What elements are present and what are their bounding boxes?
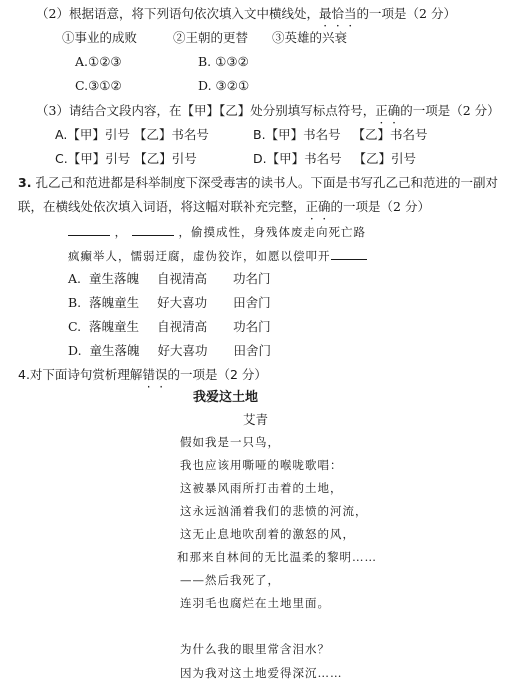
q3-stem-text: 联，在横线处依次填入词语，将这幅对联补充完整，	[18, 199, 306, 214]
emphasis-char: 正	[306, 199, 319, 215]
option-jia: 【甲】书名号	[266, 127, 341, 142]
option-label: C.	[75, 78, 88, 93]
couplet-line-1-text: ，偷摸成性，身残体废走向死亡路	[178, 225, 366, 239]
emphasis-char: 错	[142, 367, 155, 383]
emphasis-char: 恰	[331, 6, 344, 22]
emphasis-char: 最	[319, 6, 332, 22]
q4-stem-score: 的一项是（2 分）	[167, 367, 266, 382]
q3-stem-line1: 3. 孔乙己和范进都是科举制度下深受毒害的读书人。下面是书写孔乙己和范进的一副对	[18, 175, 498, 191]
q3sub-option-a[interactable]: A.【甲】引号 【乙】书名号	[55, 127, 209, 143]
option-yi: 【乙】引号	[134, 151, 197, 166]
option-word-3: 功名门	[233, 271, 271, 286]
poem-line: 我也应该用嘶哑的喉咙歌唱：	[180, 457, 343, 473]
couplet-line-1: ， ，偷摸成性，身残体废走向死亡路	[68, 223, 366, 240]
emphasis-char: 正	[375, 103, 388, 119]
poem-line: 假如我是一只鸟，	[180, 434, 280, 450]
poem-line: 这永远汹涌着我们的悲愤的河流，	[180, 503, 368, 519]
q2-option-c[interactable]: C.③①②	[75, 78, 122, 94]
emphasis-char: 当	[344, 6, 357, 22]
separator: ，	[115, 225, 128, 239]
emphasis-char: 误	[155, 367, 168, 383]
q2-option-a[interactable]: A.①②③	[75, 54, 122, 70]
poem-line: 和那来自林间的无比温柔的黎明……	[177, 549, 377, 565]
q2-stem-score: 的一项是（2 分）	[357, 6, 456, 21]
option-label: D.	[68, 343, 82, 358]
option-word-2: 自视清高	[157, 319, 207, 334]
blank-1[interactable]	[68, 223, 110, 236]
option-word-1: 童生落魄	[89, 271, 139, 286]
q2-item-1: ①事业的成败	[62, 30, 137, 46]
option-label: C.	[55, 151, 68, 166]
q3-stem-line2: 联，在横线处依次填入词语，将这幅对联补充完整，正确的一项是（2 分）	[18, 199, 430, 215]
poem-line: 这无止息地吹刮着的激怒的风，	[180, 526, 355, 542]
q3-option-b[interactable]: B. 落魄童生好大喜功田舍门	[68, 295, 271, 311]
option-jia: 【甲】书名号	[267, 151, 342, 166]
q3-option-c[interactable]: C. 落魄童生自视清高功名门	[68, 319, 271, 335]
option-label: B.	[253, 127, 266, 142]
q3sub-option-b[interactable]: B.【甲】书名号 【乙】书名号	[253, 127, 428, 143]
option-yi: 【乙】书名号	[353, 127, 428, 142]
q3sub-option-d[interactable]: D.【甲】书名号 【乙】引号	[253, 151, 416, 167]
option-yi: 【乙】书名号	[134, 127, 209, 142]
option-word-3: 田舍门	[234, 343, 272, 358]
option-word-1: 童生落魄	[90, 343, 140, 358]
q2-stem-text: （2）根据语意，将下列语句依次填入文中横线处，	[36, 6, 319, 21]
option-label: B.	[68, 295, 81, 310]
q3-stem-score: 的一项是（2 分）	[331, 199, 430, 214]
q3sub-option-c[interactable]: C.【甲】引号 【乙】引号	[55, 151, 197, 167]
q4-stem: 4.对下面诗句赏析理解错误的一项是（2 分）	[18, 367, 267, 383]
couplet-line-2: 疯癫举人，懦弱迂腐，虚伪狡诈，如愿以偿叩开	[68, 247, 367, 264]
q2-option-d[interactable]: D. ③②①	[198, 78, 249, 94]
poem-line: 这被暴风雨所打击着的土地，	[180, 480, 343, 496]
option-jia: 【甲】引号	[67, 127, 130, 142]
couplet-line-2-text: 疯癫举人，懦弱迂腐，虚伪狡诈，如愿以偿叩开	[68, 249, 331, 263]
option-word-1: 落魄童生	[89, 319, 139, 334]
option-label: D.	[198, 78, 212, 93]
option-label: A.	[75, 54, 88, 69]
option-word-2: 自视清高	[157, 271, 207, 286]
q2-option-b[interactable]: B. ①③②	[198, 54, 249, 70]
option-word-3: 田舍门	[233, 295, 271, 310]
blank-2[interactable]	[132, 223, 174, 236]
question-number: 3.	[18, 175, 31, 190]
poem-line: 连羽毛也腐烂在土地里面。	[180, 595, 330, 611]
option-label: C.	[68, 319, 81, 334]
q2-stem: （2）根据语意，将下列语句依次填入文中横线处，最恰当的一项是（2 分）	[36, 6, 456, 22]
option-label: B.	[198, 54, 211, 69]
option-label: D.	[253, 151, 267, 166]
q2-item-2: ②王朝的更替	[173, 30, 248, 46]
option-jia: 【甲】引号	[68, 151, 131, 166]
q3-stem-text: 孔乙己和范进都是科举制度下深受毒害的读书人。下面是书写孔乙己和范进的一副对	[35, 175, 498, 190]
option-text: ①②③	[88, 54, 122, 69]
q3-option-d[interactable]: D. 童生落魄好大喜功田舍门	[68, 343, 271, 359]
poem-line: 为什么我的眼里常含泪水？	[180, 641, 330, 657]
option-label: A.	[55, 127, 67, 142]
poem-line: 因为我对这土地爱得深沉……	[180, 665, 343, 681]
option-yi: 【乙】引号	[354, 151, 417, 166]
q3sub-stem-text: （3）请结合文段内容，在【甲】【乙】处分别填写标点符号，	[36, 103, 375, 118]
poem-title: 我爱这土地	[193, 390, 258, 406]
poem-line: ——然后我死了，	[180, 572, 280, 588]
option-text: ①③②	[215, 54, 249, 69]
emphasis-char: 确	[388, 103, 401, 119]
option-label: A.	[68, 271, 81, 286]
option-word-2: 好大喜功	[158, 343, 208, 358]
q3sub-stem: （3）请结合文段内容，在【甲】【乙】处分别填写标点符号，正确的一项是（2 分）	[36, 103, 500, 119]
q3sub-stem-score: 的一项是（2 分）	[400, 103, 499, 118]
q4-stem-text: 4.对下面诗句赏析理解	[18, 367, 142, 382]
option-text: ③②①	[216, 78, 250, 93]
blank-3[interactable]	[331, 247, 367, 260]
option-word-2: 好大喜功	[157, 295, 207, 310]
option-word-1: 落魄童生	[89, 295, 139, 310]
q3-option-a[interactable]: A. 童生落魄自视清高功名门	[68, 271, 271, 287]
q2-item-3: ③英雄的兴衰	[272, 30, 347, 46]
option-text: ③①②	[88, 78, 122, 93]
option-word-3: 功名门	[233, 319, 271, 334]
emphasis-char: 确	[318, 199, 331, 215]
poem-author: 艾青	[243, 412, 268, 428]
